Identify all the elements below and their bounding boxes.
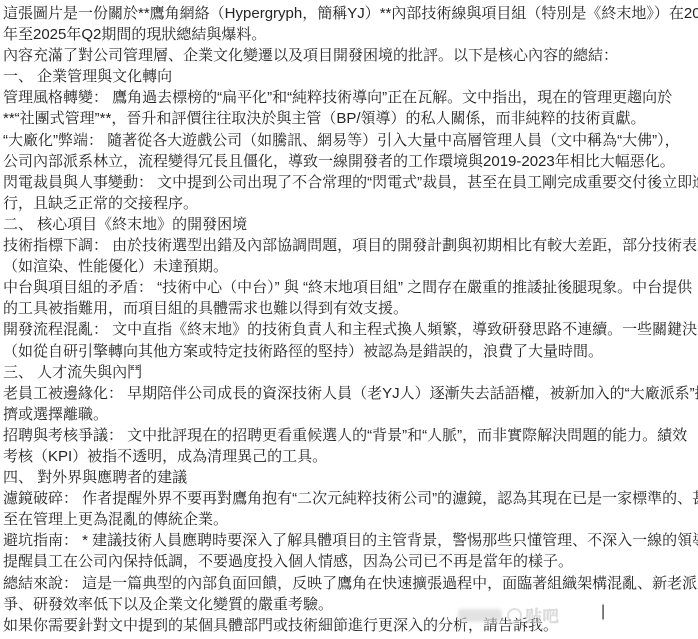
- text-line: 的工具被指難用，而項目組的具體需求也難以得到有效支援。: [3, 298, 698, 319]
- text-line: 一、 企業管理與文化轉向: [3, 66, 698, 87]
- text-line: 開發流程混亂： 文中直指《終末地》的技術負責人和主程式換人頻繁，導致研發思路不連…: [3, 319, 698, 340]
- text-line: 閃電裁員與人事變動： 文中提到公司出現了不合常理的“閃電式”裁員，甚至在員工剛完…: [3, 172, 698, 193]
- text-line: 提醒員工在公司內保持低調，不要過度投入個人情感，因為公司已不再是當年的樣子。: [3, 551, 698, 572]
- text-line: 行，且缺乏正常的交接程序。: [3, 193, 698, 214]
- text-line: 至在管理上更為混亂的傳統企業。: [3, 509, 698, 530]
- text-line: 技術指標下調： 由於技術選型出錯及內部協調問題，項目的開發計劃與初期相比有較大差…: [3, 235, 698, 256]
- text-line: （如渲染、性能優化）未達預期。: [3, 256, 698, 277]
- text-line: 公司內部派系林立，流程變得冗長且僵化，導致一線開發者的工作環境與2019-202…: [3, 151, 698, 172]
- text-line: 中台與項目組的矛盾： “技術中心（中台）” 與 “終末地項目組” 之間存在嚴重的…: [3, 277, 698, 298]
- text-line: “大廠化”弊端： 隨著從各大遊戲公司（如騰訊、網易等）引入大量中高層管理人員（文…: [3, 130, 698, 151]
- chat-response-page: 這張圖片是一份關於**鷹角網絡（Hypergryph，簡稱YJ）**內部技術線與…: [0, 0, 698, 639]
- text-line: 爭、研發效率低下以及企業文化變質的嚴重考驗。: [3, 594, 698, 615]
- text-line: **“社團式管理”**，晉升和評價往往取決於與主管（BP/領導）的私人關係，而非…: [3, 108, 698, 129]
- text-line: 四、 對外界與應聘者的建議: [3, 467, 698, 488]
- text-line: 擠或選擇離職。: [3, 404, 698, 425]
- text-line: 這張圖片是一份關於**鷹角網絡（Hypergryph，簡稱YJ）**內部技術線與…: [3, 3, 698, 24]
- text-line: 年至2025年Q2期間的現狀總結與爆料。: [3, 24, 698, 45]
- typing-caret: |: [601, 603, 605, 621]
- text-line: （如從自研引擎轉向其他方案或特定技術路徑的堅持）被認為是錯誤的，浪費了大量時間。: [3, 341, 698, 362]
- text-line: 管理風格轉變： 鷹角過去標榜的“扁平化”和“純粹技術導向”正在瓦解。文中指出，現…: [3, 87, 698, 108]
- text-line: 避坑指南： * 建議技術人員應聘時要深入了解具體項目的主管背景，警惕那些只懂管理…: [3, 530, 698, 551]
- text-line: 總結來說： 這是一篇典型的內部負面回饋，反映了鷹角在快速擴張過程中，面臨著組織架…: [3, 573, 698, 594]
- text-line: 三、 人才流失與內鬥: [3, 362, 698, 383]
- text-line: 二、 核心項目《終末地》的開發困境: [3, 214, 698, 235]
- text-line: 濾鏡破碎： 作者提醒外界不要再對鷹角抱有“二次元純粹技術公司”的濾鏡，認為其現在…: [3, 488, 698, 509]
- text-line: 招聘與考核爭議： 文中批評現在的招聘更看重候選人的“背景”和“人脈”，而非實際解…: [3, 425, 698, 446]
- text-line: 內容充滿了對公司管理層、企業文化變遷以及項目開發困境的批評。以下是核心內容的總結…: [3, 45, 698, 66]
- text-line: 如果你需要針對文中提到的某個具體部門或技術細節進行更深入的分析，請告訴我。: [3, 615, 698, 636]
- text-line: 老員工被邊緣化： 早期陪伴公司成長的資深技術人員（老YJ人）逐漸失去話語權，被新…: [3, 383, 698, 404]
- document-text-block: 這張圖片是一份關於**鷹角網絡（Hypergryph，簡稱YJ）**內部技術線與…: [3, 3, 698, 636]
- text-line: 考核（KPI）被指不透明，成為清理異己的工具。: [3, 446, 698, 467]
